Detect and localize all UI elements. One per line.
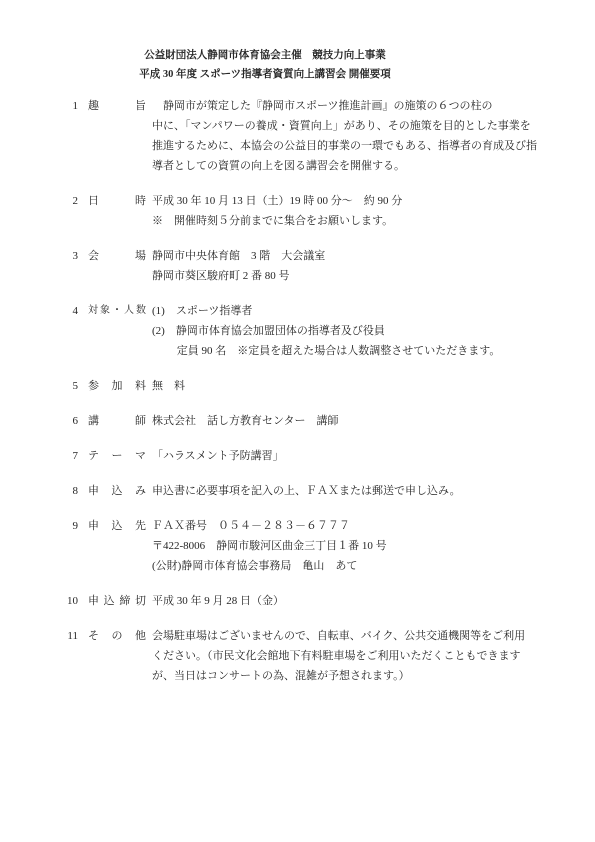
item-row: 10申込締切平成 30 年 9 月 28 日（金） [0,591,595,611]
item-content-line: 静岡市が策定した『静岡市スポーツ推進計画』の施策の６つの柱の [152,96,537,116]
item-row: 9申込先ＦＡＸ番号 ０５４－２８３－６７７７〒422-8006 静岡市駿河区曲金… [0,516,595,576]
item-content: ＦＡＸ番号 ０５４－２８３－６７７７〒422-8006 静岡市駿河区曲金三丁目１… [152,516,387,576]
item-content: 静岡市が策定した『静岡市スポーツ推進計画』の施策の６つの柱の中に、「マンパワーの… [152,96,537,176]
item-label: 申込み [88,481,146,501]
item-content: 無 料 [152,376,185,396]
item-number: 3 [58,246,78,266]
item-content-line: ＦＡＸ番号 ０５４－２８３－６７７７ [152,516,387,536]
item-content-line: 中に、「マンパワーの養成・資質向上」があり、その施策を目的とした事業を [152,116,537,136]
item-label: 対象・人数 [88,301,146,321]
item-content-line: 導者としての資質の向上を図る講習会を開催する。 [152,156,537,176]
item-content-line: 静岡市葵区駿府町 2 番 80 号 [152,266,325,286]
item-content: 「ハラスメント予防講習」 [152,446,284,466]
item-content: 平成 30 年 10 月 13 日（土）19 時 00 分～ 約 90 分※ 開… [152,191,402,231]
item-label: 参加料 [88,376,146,396]
item-label: 趣旨 [88,96,146,116]
item-content-line: ※ 開催時刻５分前までに集合をお願いします。 [152,211,402,231]
document-title-line-2: 平成 30 年度 スポーツ指導者資質向上講習会 開催要項 [0,65,530,84]
item-content: 平成 30 年 9 月 28 日（金） [152,591,284,611]
item-row: 7テーマ「ハラスメント予防講習」 [0,446,595,466]
item-content: 会場駐車場はございませんので、自転車、バイク、公共交通機関等をご利用ください。（… [152,626,525,686]
item-number: 7 [58,446,78,466]
item-label: テーマ [88,446,146,466]
item-row: 6講師株式会社 話し方教育センター 講師 [0,411,595,431]
item-row: 11その他会場駐車場はございませんので、自転車、バイク、公共交通機関等をご利用く… [0,626,595,686]
item-number: 8 [58,481,78,501]
document-page: 公益財団法人静岡市体育協会主催 競技力向上事業 平成 30 年度 スポーツ指導者… [0,0,595,842]
item-content-line: (2) 静岡市体育協会加盟団体の指導者及び役員 [152,321,500,341]
item-content-line: 申込書に必要事項を記入の上、ＦＡＸまたは郵送で申し込み。 [152,481,461,501]
item-content-line: 平成 30 年 10 月 13 日（土）19 時 00 分～ 約 90 分 [152,191,402,211]
item-number: 1 [58,96,78,116]
document-title: 公益財団法人静岡市体育協会主催 競技力向上事業 平成 30 年度 スポーツ指導者… [0,46,530,84]
item-content-line: 株式会社 話し方教育センター 講師 [152,411,339,431]
item-number: 4 [58,301,78,321]
item-content: (1) スポーツ指導者(2) 静岡市体育協会加盟団体の指導者及び役員 定員 90… [152,301,500,361]
item-number: 9 [58,516,78,536]
item-row: 4対象・人数(1) スポーツ指導者(2) 静岡市体育協会加盟団体の指導者及び役員… [0,301,595,361]
item-row: 2日時平成 30 年 10 月 13 日（土）19 時 00 分～ 約 90 分… [0,191,595,231]
item-content-line: 平成 30 年 9 月 28 日（金） [152,591,284,611]
item-content-line: 〒422-8006 静岡市駿河区曲金三丁目１番 10 号 [152,536,387,556]
item-content-line: (公財)静岡市体育協会事務局 亀山 あて [152,556,387,576]
item-content: 申込書に必要事項を記入の上、ＦＡＸまたは郵送で申し込み。 [152,481,461,501]
item-content-line: 無 料 [152,376,185,396]
item-label: 日時 [88,191,146,211]
item-content-line: 推進するために、本協会の公益目的事業の一環でもある、指導者の育成及び指 [152,136,537,156]
item-content: 静岡市中央体育館 3 階 大会議室静岡市葵区駿府町 2 番 80 号 [152,246,325,286]
item-row: 1趣旨 静岡市が策定した『静岡市スポーツ推進計画』の施策の６つの柱の中に、「マン… [0,96,595,176]
item-content-line: 定員 90 名 ※定員を超えた場合は人数調整させていただきます。 [152,341,500,361]
item-label: 申込締切 [88,591,146,611]
item-label: 申込先 [88,516,146,536]
item-row: 8申込み申込書に必要事項を記入の上、ＦＡＸまたは郵送で申し込み。 [0,481,595,501]
document-title-line-1: 公益財団法人静岡市体育協会主催 競技力向上事業 [0,46,530,65]
item-content-line: 「ハラスメント予防講習」 [152,446,284,466]
item-content: 株式会社 話し方教育センター 講師 [152,411,339,431]
item-number: 11 [58,626,78,646]
item-label: 講師 [88,411,146,431]
item-label: 会場 [88,246,146,266]
item-content-line: 会場駐車場はございませんので、自転車、バイク、公共交通機関等をご利用 [152,626,525,646]
item-content-line: (1) スポーツ指導者 [152,301,500,321]
item-number: 6 [58,411,78,431]
item-number: 10 [58,591,78,611]
item-content-line: が、当日はコンサートの為、混雑が予想されます。） [152,666,525,686]
item-number: 2 [58,191,78,211]
item-row: 3会場静岡市中央体育館 3 階 大会議室静岡市葵区駿府町 2 番 80 号 [0,246,595,286]
item-content-line: ください。（市民文化会館地下有料駐車場をご利用いただくこともできます [152,646,525,666]
item-row: 5参加料無 料 [0,376,595,396]
item-label: その他 [88,626,146,646]
items-list: 1趣旨 静岡市が策定した『静岡市スポーツ推進計画』の施策の６つの柱の中に、「マン… [0,96,595,686]
item-number: 5 [58,376,78,396]
item-content-line: 静岡市中央体育館 3 階 大会議室 [152,246,325,266]
